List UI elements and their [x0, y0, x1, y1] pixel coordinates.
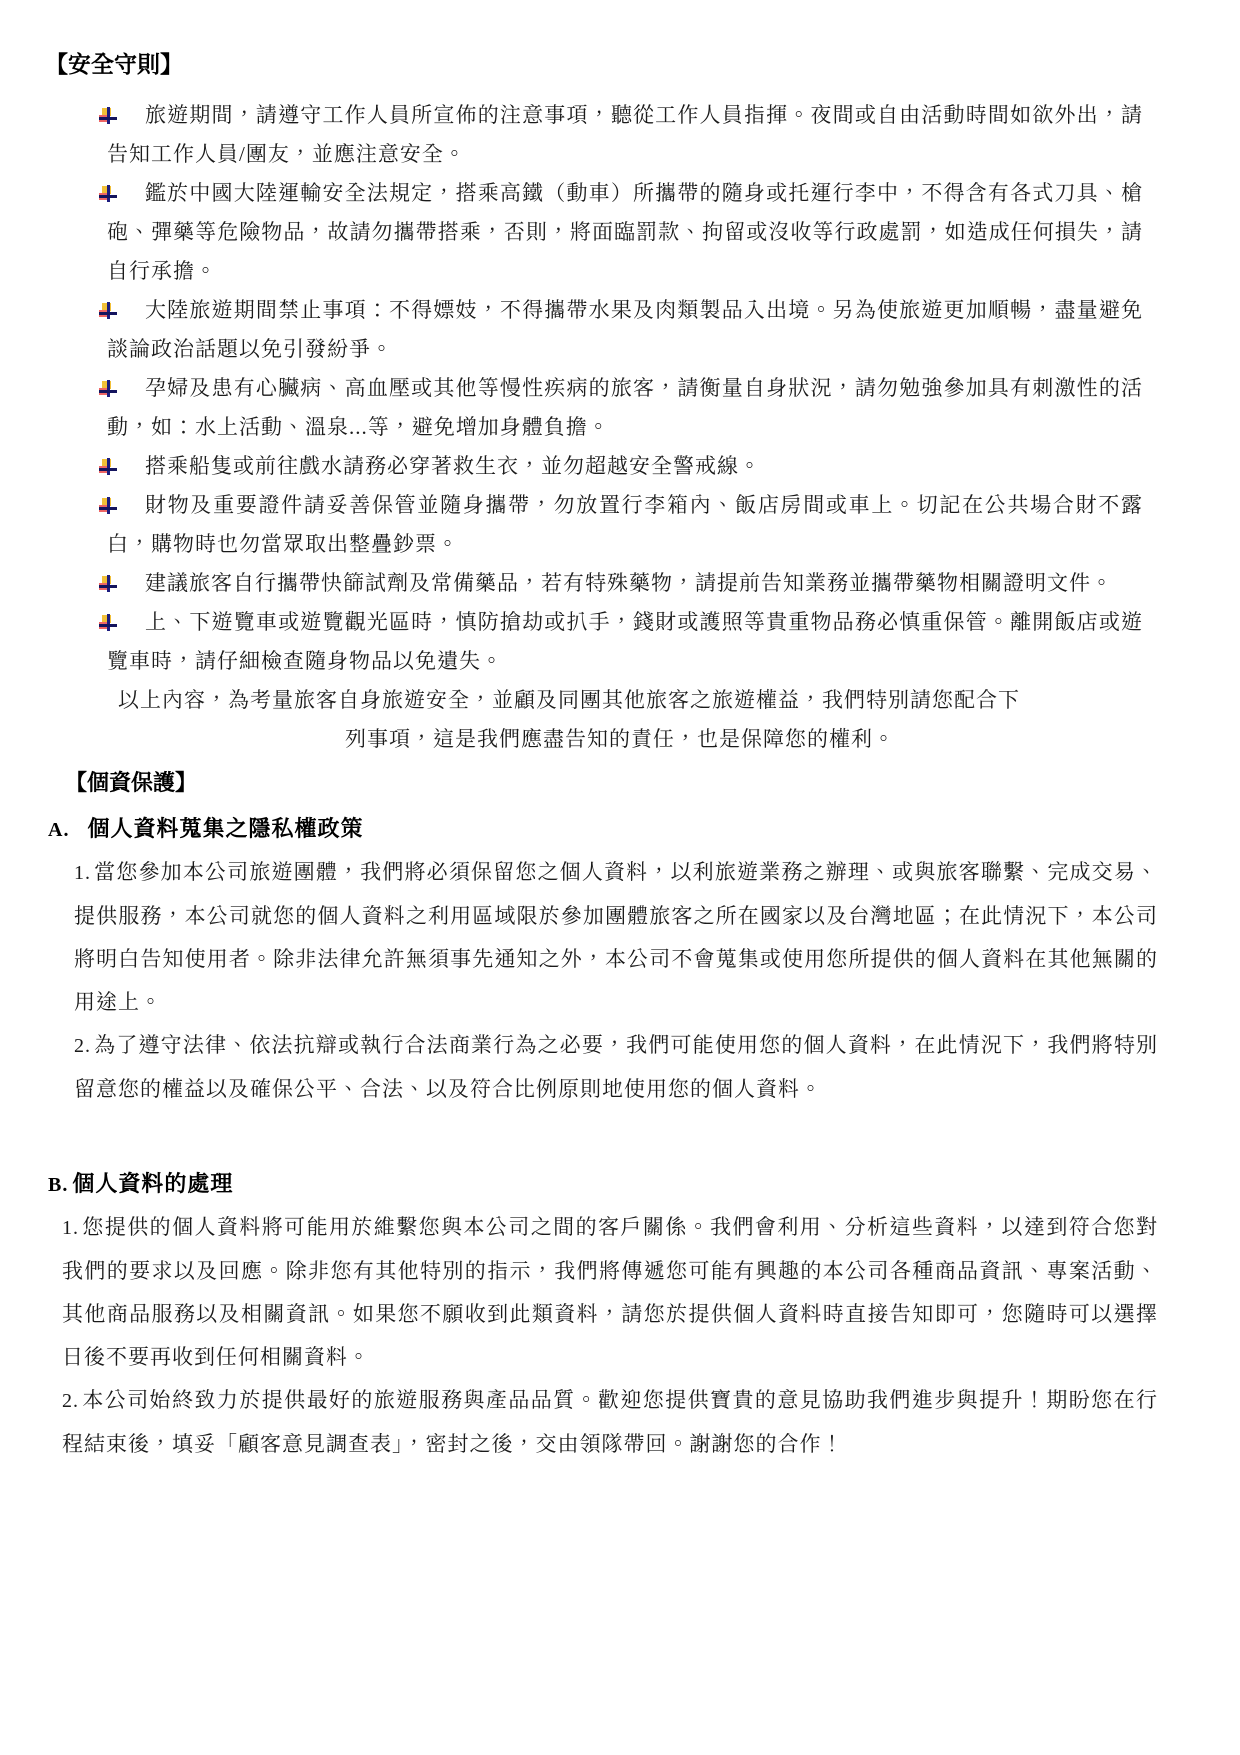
list-item: 財物及重要證件請妥善保管並隨身攜帶，勿放置行李箱內、飯店房間或車上。切記在公共場…: [107, 486, 1143, 564]
privacy-paragraph: 1.當您參加本公司旅遊團體，我們將必須保留您之個人資料，以利旅遊業務之辦理、或與…: [74, 851, 1158, 1024]
paragraph-text: 當您參加本公司旅遊團體，我們將必須保留您之個人資料，以利旅遊業務之辦理、或與旅客…: [74, 860, 1158, 1014]
bullet-arrow-shaft: [107, 107, 110, 124]
bullet-arrow-bar: [99, 585, 117, 588]
subsection-label: B.: [48, 1174, 68, 1196]
paragraph-number: 2.: [62, 1390, 79, 1412]
list-item: 上、下遊覽車或遊覽觀光區時，慎防搶劫或扒手，錢財或護照等貴重物品務必慎重保管。離…: [107, 603, 1143, 681]
safety-rules-list: 旅遊期間，請遵守工作人員所宣佈的注意事項，聽從工作人員指揮。夜間或自由活動時間如…: [107, 96, 1143, 681]
bullet-arrow-shaft: [107, 380, 110, 397]
paragraph-number: 1.: [62, 1217, 79, 1239]
down-arrow-bullet-icon: [99, 497, 117, 514]
list-item: 建議旅客自行攜帶快篩試劑及常備藥品，若有特殊藥物，請提前告知業務並攜帶藥物相關證…: [107, 564, 1143, 603]
bullet-arrow-shaft: [107, 575, 110, 592]
down-arrow-bullet-icon: [99, 458, 117, 475]
bullet-arrow-bar: [99, 507, 117, 510]
bullet-arrow-shaft: [107, 458, 110, 475]
list-item: 搭乘船隻或前往戲水請務必穿著救生衣，並勿超越安全警戒線。: [107, 447, 1143, 486]
paragraph-text: 本公司始終致力於提供最好的旅遊服務與產品品質。歡迎您提供寶貴的意見協助我們進步與…: [62, 1388, 1158, 1456]
safety-item-text: 財物及重要證件請妥善保管並隨身攜帶，勿放置行李箱內、飯店房間或車上。切記在公共場…: [107, 493, 1143, 556]
safety-item-text: 鑑於中國大陸運輸安全法規定，搭乘高鐵（動車）所攜帶的隨身或托運行李中，不得含有各…: [107, 181, 1143, 283]
subsection-label: A.: [48, 819, 69, 841]
safety-item-text: 大陸旅遊期間禁止事項：不得嫖妓，不得攜帶水果及肉類製品入出境。另為使旅遊更加順暢…: [107, 298, 1143, 361]
bullet-arrow-shaft: [107, 185, 110, 202]
privacy-subsection-a-heading: A.個人資料蒐集之隱私權政策: [48, 808, 1240, 851]
down-arrow-bullet-icon: [99, 380, 117, 397]
safety-closing-line-1: 以上內容，為考量旅客自身旅遊安全，並顧及同團其他旅客之旅遊權益，我們特別請您配合…: [118, 681, 1240, 720]
bullet-arrow-bar: [99, 468, 117, 471]
down-arrow-bullet-icon: [99, 302, 117, 319]
list-item: 旅遊期間，請遵守工作人員所宣佈的注意事項，聽從工作人員指揮。夜間或自由活動時間如…: [107, 96, 1143, 174]
safety-closing-line-2: 列事項，這是我們應盡告知的責任，也是保障您的權利。: [0, 720, 1240, 759]
subsection-title: 個人資料的處理: [72, 1171, 233, 1196]
bullet-arrow-shaft: [107, 497, 110, 514]
list-item: 鑑於中國大陸運輸安全法規定，搭乘高鐵（動車）所攜帶的隨身或托運行李中，不得含有各…: [107, 174, 1143, 291]
bullet-arrow-bar: [99, 624, 117, 627]
privacy-paragraph: 2.為了遵守法律、依法抗辯或執行合法商業行為之必要，我們可能使用您的個人資料，在…: [74, 1024, 1158, 1111]
bullet-arrow-shaft: [107, 614, 110, 631]
safety-item-text: 搭乘船隻或前往戲水請務必穿著救生衣，並勿超越安全警戒線。: [145, 454, 761, 478]
privacy-paragraph: 1.您提供的個人資料將可能用於維繫您與本公司之間的客戶關係。我們會利用、分析這些…: [62, 1206, 1158, 1379]
bullet-arrow-bar: [99, 117, 117, 120]
down-arrow-bullet-icon: [99, 575, 117, 592]
document-page: 【安全守則】 旅遊期間，請遵守工作人員所宣佈的注意事項，聽從工作人員指揮。夜間或…: [0, 0, 1240, 1755]
privacy-paragraph: 2.本公司始終致力於提供最好的旅遊服務與產品品質。歡迎您提供寶貴的意見協助我們進…: [62, 1379, 1158, 1466]
safety-item-text: 建議旅客自行攜帶快篩試劑及常備藥品，若有特殊藥物，請提前告知業務並攜帶藥物相關證…: [145, 571, 1113, 595]
list-item: 大陸旅遊期間禁止事項：不得嫖妓，不得攜帶水果及肉類製品入出境。另為使旅遊更加順暢…: [107, 291, 1143, 369]
safety-item-text: 旅遊期間，請遵守工作人員所宣佈的注意事項，聽從工作人員指揮。夜間或自由活動時間如…: [107, 103, 1143, 166]
subsection-title: 個人資料蒐集之隱私權政策: [87, 816, 363, 841]
safety-item-text: 上、下遊覽車或遊覽觀光區時，慎防搶劫或扒手，錢財或護照等貴重物品務必慎重保管。離…: [107, 610, 1143, 673]
down-arrow-bullet-icon: [99, 185, 117, 202]
safety-item-text: 孕婦及患有心臟病、高血壓或其他等慢性疾病的旅客，請衡量自身狀況，請勿勉強參加具有…: [107, 376, 1143, 439]
bullet-arrow-bar: [99, 390, 117, 393]
paragraph-text: 為了遵守法律、依法抗辯或執行合法商業行為之必要，我們可能使用您的個人資料，在此情…: [74, 1033, 1158, 1101]
bullet-arrow-bar: [99, 312, 117, 315]
down-arrow-bullet-icon: [99, 107, 117, 124]
paragraph-number: 2.: [74, 1035, 91, 1057]
bullet-arrow-shaft: [107, 302, 110, 319]
privacy-subsection-b-heading: B.個人資料的處理: [48, 1163, 1240, 1206]
bullet-arrow-bar: [99, 195, 117, 198]
privacy-section-heading: 【個資保護】: [65, 768, 1240, 798]
list-item: 孕婦及患有心臟病、高血壓或其他等慢性疾病的旅客，請衡量自身狀況，請勿勉強參加具有…: [107, 369, 1143, 447]
down-arrow-bullet-icon: [99, 614, 117, 631]
paragraph-number: 1.: [74, 862, 91, 884]
safety-section-heading: 【安全守則】: [45, 50, 1240, 80]
paragraph-text: 您提供的個人資料將可能用於維繫您與本公司之間的客戶關係。我們會利用、分析這些資料…: [62, 1215, 1158, 1369]
